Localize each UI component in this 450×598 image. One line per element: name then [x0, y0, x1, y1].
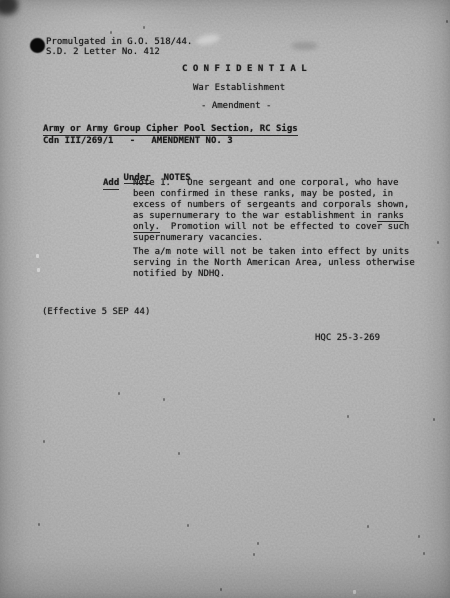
file-number: HQC 25-3-269: [315, 333, 380, 344]
note-line: been confirmed in these ranks, may be po…: [133, 189, 409, 200]
caveat-line: notified by NDHQ.: [133, 269, 415, 280]
note-line: Note 1. One sergeant and one corporal, w…: [133, 178, 409, 189]
reference-line: Cdn III/269/1 - AMENDMENT NO. 3: [43, 136, 233, 147]
caveat-paragraph: The a/m note will not be taken into effe…: [133, 247, 415, 280]
note-paragraph: Note 1. One sergeant and one corporal, w…: [133, 178, 409, 244]
unit-title-line: Army or Army Group Cipher Pool Section, …: [43, 124, 298, 136]
note-line: excess of numbers of sergeants and corpo…: [133, 200, 409, 211]
document-subtype-heading: - Amendment -: [201, 101, 271, 112]
note-line-text: as supernumerary to the war establishmen…: [133, 211, 377, 221]
note-underlined-word: only.: [133, 222, 160, 233]
note-underlined-word: ranks: [377, 211, 404, 222]
sd-letter-line: S.D. 2 Letter No. 412: [46, 47, 160, 58]
caveat-line: The a/m note will not be taken into effe…: [133, 247, 415, 258]
classification-heading: C O N F I D E N T I A L: [182, 64, 307, 75]
note-line: supernumerary vacancies.: [133, 233, 409, 244]
scanned-document-page: Promulgated in G.O. 518/44. S.D. 2 Lette…: [0, 0, 450, 598]
effective-date-line: (Effective 5 SEP 44): [42, 307, 150, 318]
note-line-text: Promotion will not be effected to cover …: [160, 222, 409, 232]
add-label: Add: [103, 178, 119, 190]
note-line: as supernumerary to the war establishmen…: [133, 211, 409, 222]
document-type-heading: War Establishment: [193, 83, 285, 94]
typewritten-content: Promulgated in G.O. 518/44. S.D. 2 Lette…: [0, 0, 450, 598]
note-line: only. Promotion will not be effected to …: [133, 222, 409, 233]
caveat-line: serving in the North American Area, unle…: [133, 258, 415, 269]
